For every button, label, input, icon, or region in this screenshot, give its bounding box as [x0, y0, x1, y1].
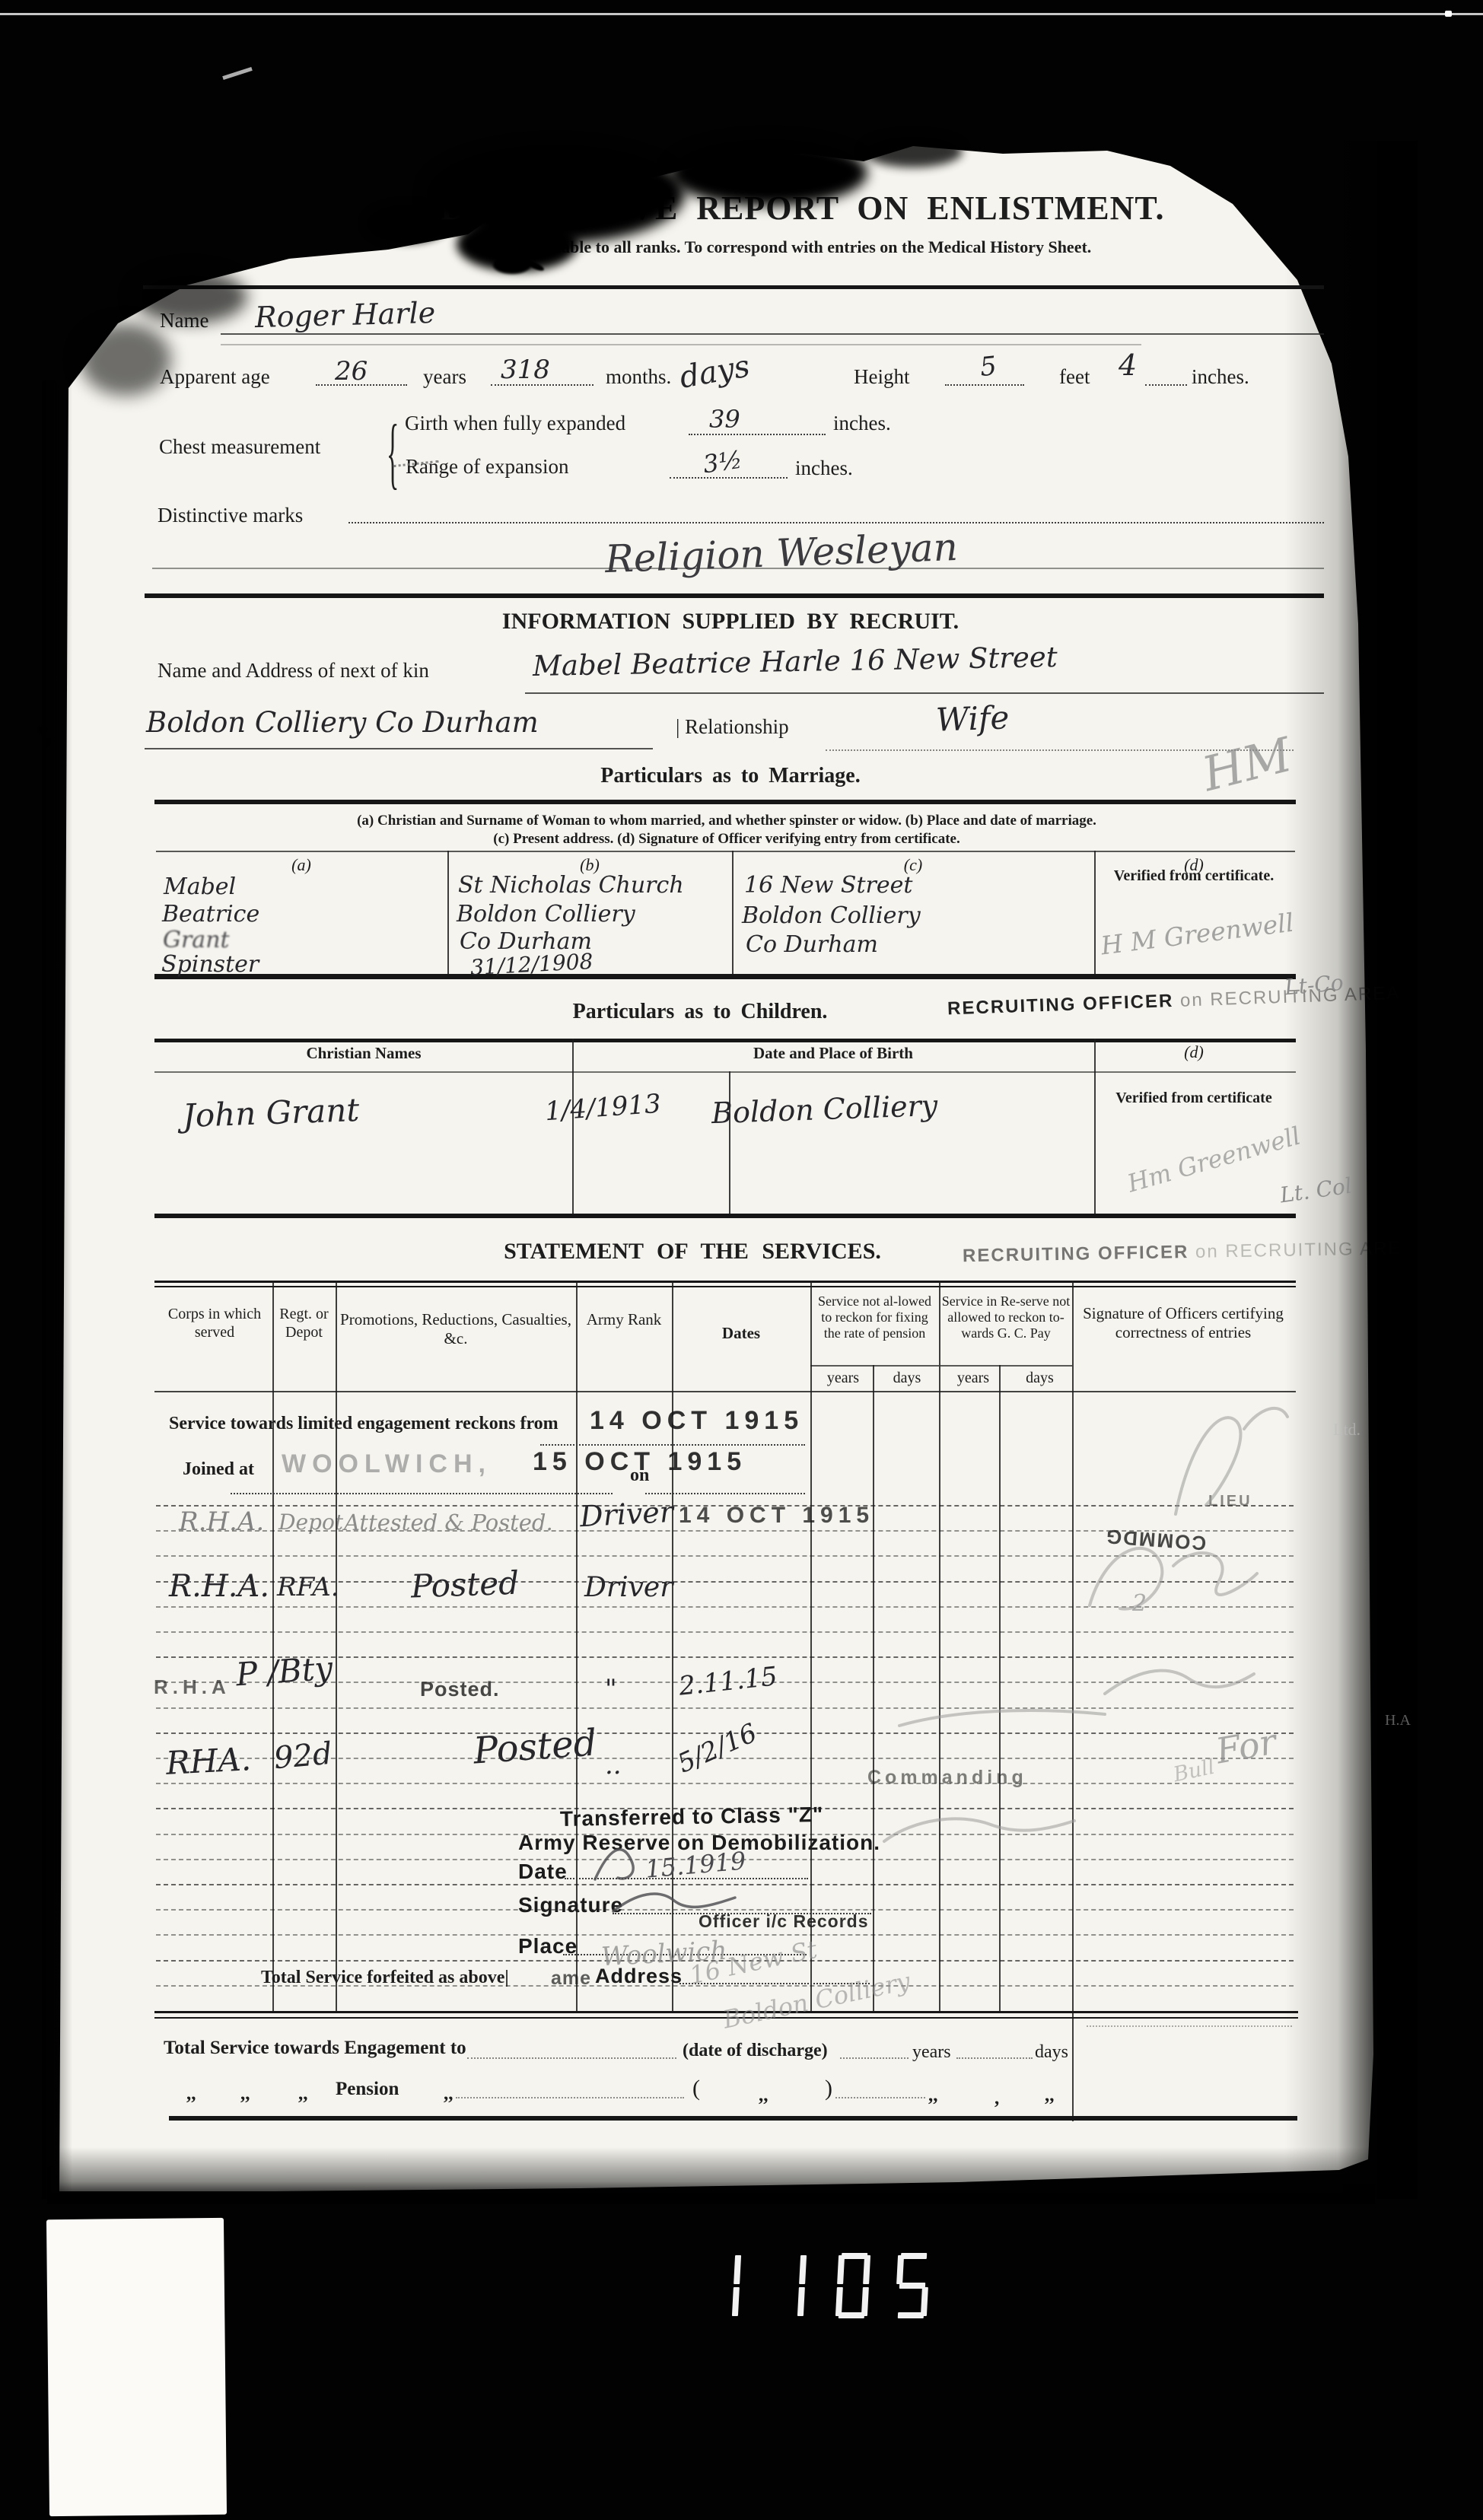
- ltd-fragment: Ltd.: [1333, 1420, 1360, 1440]
- counter-digit: [835, 2253, 871, 2318]
- counter-digit: [772, 2253, 807, 2318]
- torn-edge-bottom: [47, 2147, 1375, 2204]
- ink-smudge: [133, 270, 247, 323]
- ink-smudge: [864, 135, 963, 167]
- torn-edge-right: [1284, 141, 1418, 2199]
- scanned-enlistment-document: DESCRIPTIVE REPORT ON ENLISTMENT. Applic…: [0, 0, 1483, 2520]
- scan-artifact-line: [0, 13, 1483, 15]
- counter-digit: [706, 2253, 742, 2318]
- ink-smudge: [80, 323, 171, 396]
- pencil-scrawl-layer: [0, 0, 1483, 2520]
- scan-artifact-blob: [1445, 11, 1452, 17]
- ha-fragment: H.A: [1385, 1712, 1411, 1729]
- film-frame-box: [46, 2218, 227, 2516]
- counter-digit: [895, 2253, 931, 2318]
- ink-smudge: [365, 204, 449, 243]
- ink-smudge: [457, 217, 578, 272]
- ink-smudge: [670, 139, 867, 206]
- torn-edge-left: [42, 380, 72, 2199]
- marriage-d-rank: Lt-Co: [1284, 970, 1345, 1001]
